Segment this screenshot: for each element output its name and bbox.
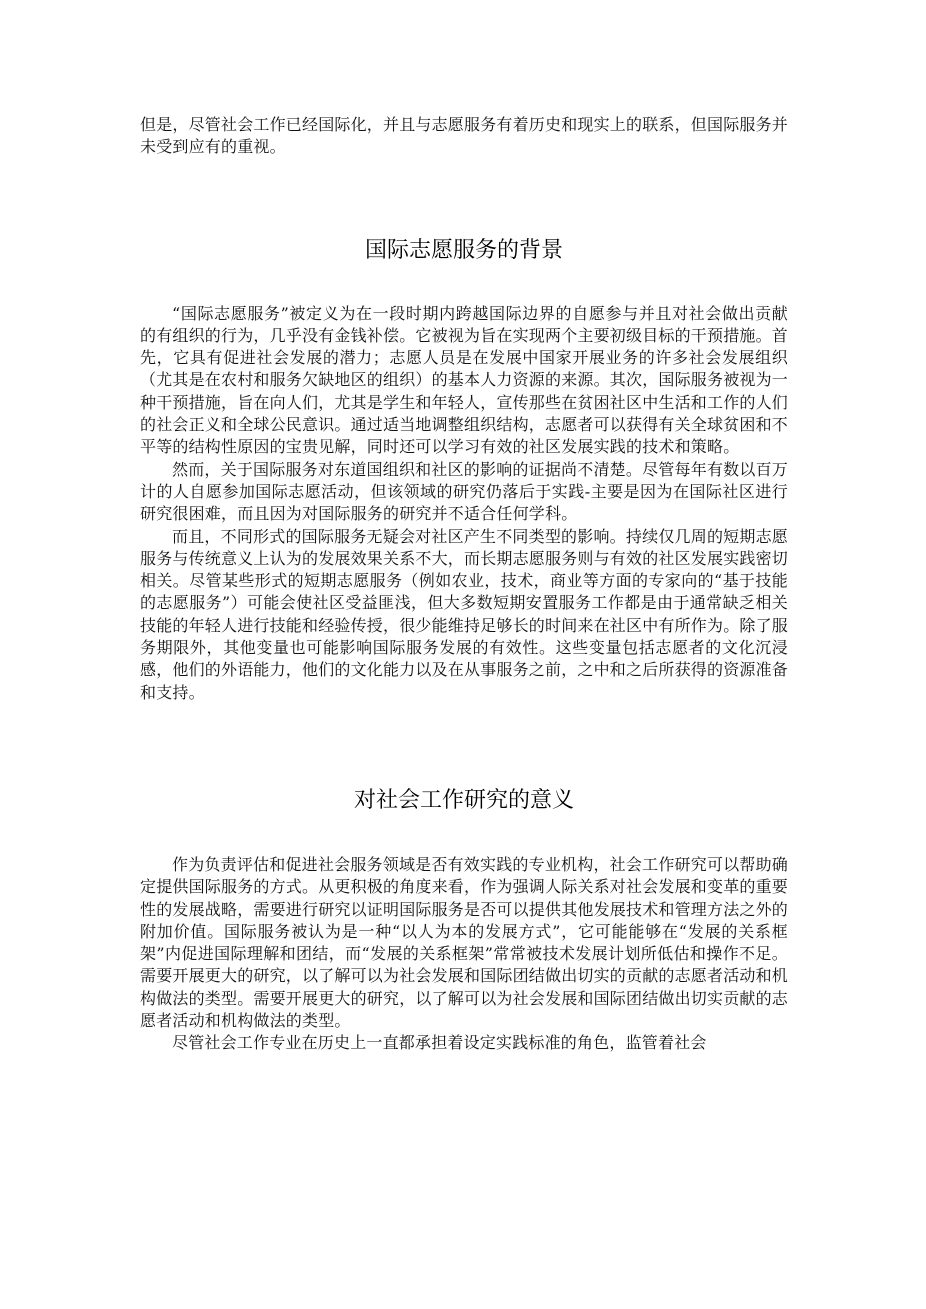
body-paragraph: “国际志愿服务”被定义为在一段时期内跨越国际边界的自愿参与并且对社会做出贡献的有… bbox=[140, 303, 788, 459]
section-heading-implications: 对社会工作研究的意义 bbox=[140, 786, 788, 816]
body-paragraph: 尽管社会工作专业在历史上一直都承担着设定实践标准的角色，监管着社会 bbox=[140, 1032, 788, 1054]
body-paragraph: 作为负责评估和促进社会服务领域是否有效实践的专业机构，社会工作研究可以帮助确定提… bbox=[140, 854, 788, 1032]
document-page: 但是，尽管社会工作已经国际化，并且与志愿服务有着历史和现实上的联系，但国际服务并… bbox=[140, 114, 788, 1055]
body-paragraph: 然而，关于国际服务对东道国组织和社区的影响的证据尚不清楚。尽管每年有数以百万计的… bbox=[140, 459, 788, 526]
section-heading-background: 国际志愿服务的背景 bbox=[140, 236, 788, 266]
intro-paragraph: 但是，尽管社会工作已经国际化，并且与志愿服务有着历史和现实上的联系，但国际服务并… bbox=[140, 114, 788, 159]
body-paragraph: 而且，不同形式的国际服务无疑会对社区产生不同类型的影响。持续仅几周的短期志愿服务… bbox=[140, 526, 788, 704]
